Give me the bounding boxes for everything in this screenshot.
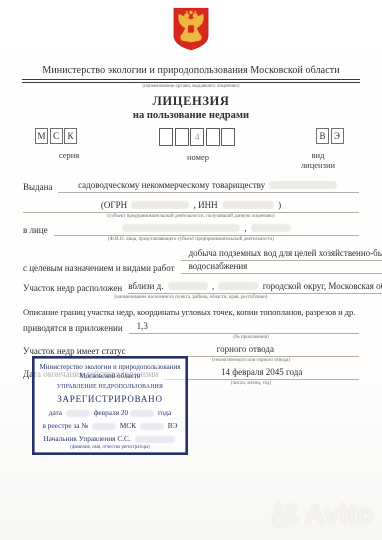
paren-close: ) <box>278 200 281 210</box>
location-caption: (наименование населенного пункта, района… <box>0 295 382 300</box>
license-type-label-line2: лицензии <box>301 160 335 170</box>
issuing-authority-title: Министерство экологии и природопользован… <box>0 65 382 76</box>
person-label: в лице <box>23 225 54 236</box>
issued-label: Выдана <box>23 182 58 193</box>
stamp-chief-line: Начальник Управления С.С. <box>37 434 183 443</box>
person-row: в лице , <box>23 223 359 236</box>
appendix-row: приводятся в приложении 1,3 <box>23 321 359 334</box>
avito-watermark: Avito <box>272 499 374 530</box>
purpose-row: с целевым назначением и видами работ доб… <box>23 248 359 274</box>
avito-watermark-text: Avito <box>305 499 374 530</box>
redacted-person-name-2 <box>251 224 291 232</box>
purpose-line2: водоснабжения <box>181 261 382 274</box>
series-label: серия <box>59 151 79 161</box>
number-cell <box>159 128 173 146</box>
stamp-org-line1: Министерство экологии и природопользован… <box>37 363 183 372</box>
number-cell <box>206 128 220 146</box>
issued-value: садоводческому некоммерческому товарищес… <box>78 180 265 190</box>
stamp-registry-type: ВЭ <box>168 421 178 430</box>
redacted-company-name <box>269 181 337 189</box>
number-cell <box>175 128 189 146</box>
ogrn-inn-field: (ОГРН , ИНН ) <box>23 200 359 213</box>
status-label: Участок недр имеет статус <box>23 346 132 357</box>
series-cell: С <box>50 128 63 144</box>
stamp-department: УПРАВЛЕНИЕ НЕДРОПОЛЬЗОВАНИЯ <box>37 384 183 390</box>
stamp-registered: ЗАРЕГИСТРИРОВАНО <box>37 394 183 404</box>
license-form: Выдана садоводческому некоммерческому то… <box>0 180 382 386</box>
redacted-ogrn <box>131 201 189 209</box>
appendix-field: 1,3 <box>129 321 359 334</box>
redacted-stamp-day <box>66 410 90 417</box>
license-type-cell: В <box>316 128 329 144</box>
stamp-registry-series: МСК <box>120 421 136 430</box>
subject-caption: (субъект предпринимательской деятельност… <box>0 214 382 219</box>
number-cells: 4 <box>159 128 237 146</box>
status-field: горного отвода <box>132 344 359 357</box>
location-prefix: вблизи д. <box>128 281 163 291</box>
purpose-value: добыча подземных вод для целей хозяйстве… <box>181 248 382 274</box>
license-type-label-line1: вид <box>312 150 325 160</box>
license-type-cell: Э <box>331 128 344 144</box>
number-label: номер <box>187 153 209 163</box>
registration-stamp: Министерство экологии и природопользован… <box>32 356 188 455</box>
license-document-page: Министерство экологии и природопользован… <box>0 0 382 540</box>
series-cell: К <box>64 128 77 144</box>
header-rule <box>22 79 360 83</box>
license-codes-row: М С К серия 4 номер В Э вид лиценз <box>23 128 359 171</box>
appendix-label: приводятся в приложении <box>23 323 129 334</box>
issued-value-field: садоводческому некоммерческому товарищес… <box>58 180 359 193</box>
redacted-registry-number-2 <box>140 423 164 430</box>
ogrn-prefix: (ОГРН <box>101 200 127 210</box>
redacted-village <box>168 282 208 290</box>
status-row: Участок недр имеет статус горного отвода <box>23 344 359 357</box>
series-group: М С К серия <box>23 128 109 171</box>
russia-coat-of-arms-icon <box>172 7 210 51</box>
number-cell <box>221 128 235 146</box>
person-caption: (Ф.И.О. лица, представляющего субъект пр… <box>0 237 382 242</box>
inn-prefix: , ИНН <box>194 200 218 210</box>
stamp-org-line2: Московской области <box>37 372 183 381</box>
person-separator: , <box>244 223 246 233</box>
redacted-registry-number <box>92 423 116 430</box>
stamp-date-suffix: года <box>158 408 171 417</box>
license-type-label: вид лицензии <box>301 151 335 171</box>
location-label: Участок недр расположен <box>23 283 128 294</box>
redacted-stamp-year <box>130 410 154 417</box>
number-cell: 4 <box>190 128 204 146</box>
location-suffix: городской округ, Московская область <box>263 281 382 291</box>
stamp-date-line: дата февраля 20 года <box>37 408 183 417</box>
stamp-chief-caption: (фамилия, имя, отчество регистратора) <box>37 445 183 450</box>
location-separator: , <box>212 281 214 291</box>
location-row: Участок недр расположен вблизи д. , горо… <box>23 281 359 294</box>
stamp-date-month: февраля 20 <box>94 408 128 417</box>
redacted-registrar-surname <box>135 436 175 443</box>
location-field: вблизи д. , городской округ, Московская … <box>128 281 382 294</box>
series-cells: М С К <box>35 128 79 144</box>
license-type-group: В Э вид лицензии <box>287 128 359 171</box>
boundaries-description: Описание границ участка недр, координаты… <box>23 307 359 317</box>
stamp-registry-prefix: в реестре за № <box>43 421 89 430</box>
number-group: 4 номер <box>109 128 287 171</box>
coat-of-arms <box>0 0 382 56</box>
avito-logo-icon <box>272 500 302 530</box>
issued-to-row: Выдана садоводческому некоммерческому то… <box>23 180 359 193</box>
purpose-label: с целевым назначением и видами работ <box>23 263 181 274</box>
redacted-okrug <box>218 282 258 290</box>
purpose-line1: добыча подземных вод для целей хозяйстве… <box>181 248 382 261</box>
redacted-inn <box>222 201 274 209</box>
stamp-registry-line: в реестре за № МСК ВЭ <box>37 421 183 430</box>
series-cell: М <box>35 128 48 144</box>
license-type-cells: В Э <box>316 128 345 144</box>
document-subtitle: на пользование недрами <box>0 110 382 121</box>
stamp-chief: Начальник Управления С.С. <box>43 434 130 443</box>
person-field: , <box>54 223 359 236</box>
stamp-date-prefix: дата <box>49 408 62 417</box>
issuing-authority-caption: (наименование органа, выдавшего лицензию… <box>0 84 382 89</box>
redacted-person-name <box>122 224 240 232</box>
ogrn-inn-row: (ОГРН , ИНН ) <box>23 200 359 213</box>
expiry-field: 14 февраля 2045 года <box>164 367 359 380</box>
document-title: ЛИЦЕНЗИЯ <box>0 94 382 109</box>
appendix-caption: (№ приложения) <box>0 335 382 340</box>
